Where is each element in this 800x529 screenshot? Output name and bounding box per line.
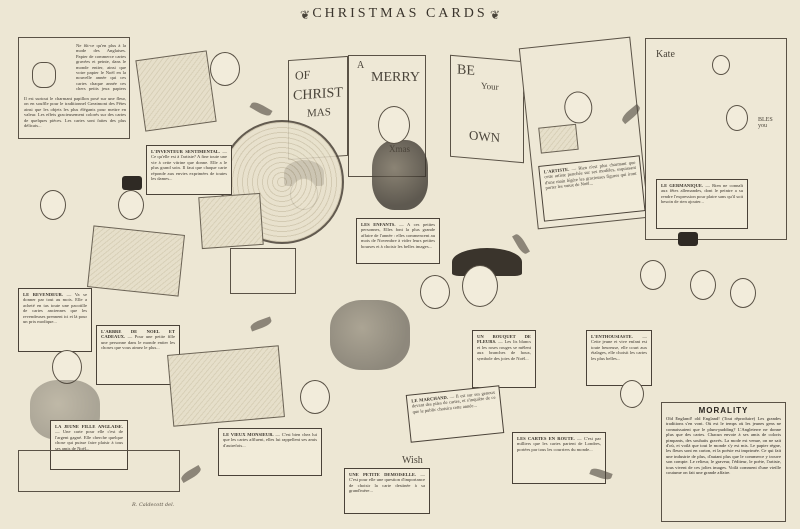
caption-enfants: LES ENFANTS. — A ces petites personnes, … (356, 218, 440, 264)
caption-enthousiaste: L'ENTHOUSIASTE. — Cette jeune et vive en… (586, 330, 652, 386)
caption-marchand: LE MARCHAND. — Il est sur ses genoux dev… (406, 385, 505, 443)
illustration-right-face-2 (690, 270, 716, 300)
artist-signature: R. Caldecott del. (132, 502, 174, 508)
holly-leaf-icon (512, 232, 530, 255)
holly-leaf-icon (249, 316, 272, 331)
morality-text: Old England! old England! (Tout rêprodui… (666, 416, 781, 475)
ornament-mask-icon (32, 62, 56, 88)
caption-artiste: L'ARTISTE. — Rien n'est plus charmant qu… (538, 155, 645, 221)
illustration-foliage (330, 300, 410, 370)
caption-inventeur: L'INVENTEUR SENTIMENTAL. — Ce qu'elle es… (146, 145, 232, 195)
holly-leaf-icon (249, 100, 272, 118)
newspaper-page: ❦ CHRISTMAS CARDS ❦ Ne fût-ce qu'en plus… (0, 0, 800, 529)
illustration-angel-face (620, 380, 644, 408)
illustration-man-face (40, 190, 66, 220)
bottom-left-frame (18, 450, 180, 492)
illustration-right-face-3 (730, 278, 756, 308)
illustration-gentleman-face (118, 190, 144, 220)
caption-top-left-body: Il est surtout le charmant papillon posé… (20, 93, 130, 141)
morality-panel: MORALITY Old England! old England! (Tout… (661, 402, 786, 522)
caption-revendeur: LE REVENDEUR. — Va se donner par tout au… (18, 288, 92, 352)
illustration-right-face-1 (640, 260, 666, 290)
illustration-girl-center-face (462, 265, 498, 307)
caption-vieux-monsieur: LE VIEUX MONSIEUR. — C'est bien chez lui… (218, 428, 322, 476)
page-title: CHRISTMAS CARDS (0, 6, 800, 22)
holly-leaf-icon (179, 465, 202, 483)
illustration-woman-dress (372, 140, 428, 210)
ornament-right-icon: ❦ (490, 8, 500, 22)
top-hat-right-icon (678, 232, 698, 246)
card-sketch (135, 50, 216, 131)
caption-fleurs: UN BOUQUET DE FLEURS. — Les lis blancs e… (472, 330, 536, 388)
christmas-card-3: BE Your OWN (450, 55, 524, 163)
card-sketch-bottom (167, 345, 285, 426)
caption-petite-demoiselle: UNE PETITE DEMOISELLE. — C'est pour elle… (344, 468, 430, 514)
caption-top-left: Ne fût-ce qu'en plus à la mode des Angla… (72, 40, 130, 92)
illustration-girl-left-face (420, 275, 450, 309)
artist-face (563, 90, 594, 125)
caption-germanique: LE GERMANIQUE. — Rien ne connaît aux fêt… (656, 179, 748, 229)
card-sketch-left (87, 225, 185, 296)
illustration-lady-face (52, 350, 82, 384)
kate-panel: Kate BLES you LE GERMANIQUE. — Rien ne c… (645, 38, 787, 240)
card-sketch-center (198, 193, 263, 249)
illustration-woman-face (210, 52, 240, 86)
caption-frame-small (230, 248, 296, 294)
boy-face (712, 55, 730, 75)
illustration-woman-head (378, 106, 410, 144)
girl-face (726, 105, 748, 131)
top-hat-icon (122, 176, 142, 190)
morality-title: MORALITY (666, 406, 781, 416)
caption-envoi: LES CARTES EN ROUTE. — C'est par millier… (512, 432, 606, 484)
illustration-old-man-face (300, 380, 330, 414)
sketchbook (538, 124, 579, 154)
wish-label: Wish (402, 455, 423, 466)
artist-card: L'ARTISTE. — Rien n'est plus charmant qu… (519, 37, 649, 230)
